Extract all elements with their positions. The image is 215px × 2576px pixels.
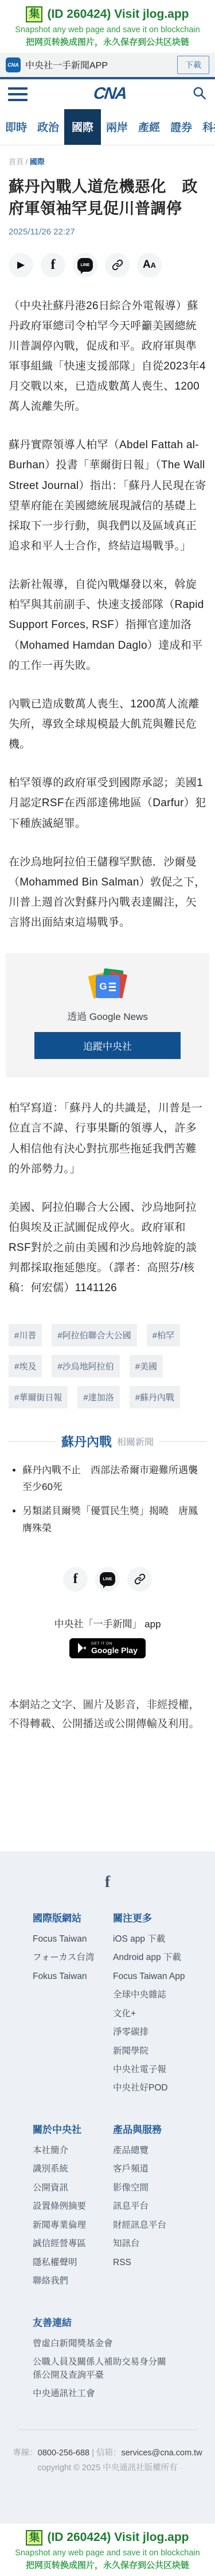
share-toolbar: ▶ f LINE AA bbox=[9, 253, 206, 278]
footer-link[interactable]: 公職人員及關係人補助交易身分關係公開及查詢平臺 bbox=[33, 2356, 173, 2382]
article-paragraph: 法新社報導，自從內戰爆發以來，斡旋柏罕與其前副手、快速支援部隊（Rapid Su… bbox=[9, 575, 206, 676]
article-date: 2025/11/26 22:27 bbox=[9, 227, 206, 237]
footer-section-products: 產品與服務 產品總覽 客戶頻道 影像空間 訊息平台 財經訊息平台 知訊台 RSS bbox=[113, 2121, 209, 2275]
footer-link[interactable]: 設置條例摘要 bbox=[33, 2200, 113, 2213]
article-paragraph: 柏罕寫道：「蘇丹人的共識是，川普是一位直言不諱、行事果斷的領導人，許多人相信他有… bbox=[9, 1098, 206, 1179]
footer-link[interactable]: 本社簡介 bbox=[33, 2144, 113, 2157]
jlog-banner-bottom: 集 (ID 260424) Visit jlog.app Snapshot an… bbox=[0, 2524, 215, 2576]
footer-facebook-icon[interactable]: f bbox=[105, 1873, 110, 1891]
footer-section-friendly-links: 友善連結 曾虛白新聞獎基金會 公職人員及關係人補助交易身分關係公開及查詢平臺 中… bbox=[33, 2315, 173, 2406]
footer-link[interactable]: 新聞學院 bbox=[113, 2045, 209, 2058]
article-paragraph: 蘇丹實際領導人柏罕（Abdel Fattah al-Burhan）投書「華爾街日… bbox=[9, 435, 206, 556]
app-strip-label: 中央社一手新聞APP bbox=[25, 58, 173, 71]
footer-link[interactable]: 全球中央雜誌 bbox=[113, 1989, 209, 2001]
facebook-share-button[interactable]: f bbox=[41, 253, 65, 278]
link-icon bbox=[112, 259, 123, 271]
tag-wsj[interactable]: #華爾街日報 bbox=[9, 1386, 68, 1408]
footer-link[interactable]: 中央通訊社工會 bbox=[33, 2388, 173, 2400]
breadcrumb: 首頁 / 國際 bbox=[0, 145, 215, 167]
facebook-icon: f bbox=[51, 257, 56, 273]
article-paragraph: 在沙烏地阿拉伯王儲穆罕默德．沙爾曼（Mohammed Bin Salman）敦促… bbox=[9, 852, 206, 933]
nav-tab-crossstrait[interactable]: 兩岸 bbox=[101, 109, 133, 145]
font-size-button[interactable]: AA bbox=[137, 253, 162, 278]
footer-section-international: 國際版網站 Focus Taiwan フォーカス台湾 Fokus Taiwan bbox=[33, 1910, 113, 1989]
footer-link[interactable]: 淨零碳排 bbox=[113, 2026, 209, 2039]
copy-link-button[interactable] bbox=[127, 1567, 152, 1592]
link-icon bbox=[134, 1573, 146, 1585]
facebook-icon: f bbox=[73, 1572, 78, 1587]
footer-link[interactable]: 識別系統 bbox=[33, 2163, 113, 2175]
breadcrumb-separator: / bbox=[26, 157, 28, 166]
footer-link[interactable]: 影像空間 bbox=[113, 2182, 209, 2194]
footer-link[interactable]: 客戶頻道 bbox=[113, 2163, 209, 2175]
jlog-subtitle-en: Snapshot any web page and save it on blo… bbox=[0, 2548, 215, 2558]
play-audio-button[interactable]: ▶ bbox=[9, 253, 33, 278]
nav-tab-realtime[interactable]: 即時 bbox=[0, 109, 32, 145]
play-icon: ▶ bbox=[17, 259, 25, 271]
footer-link[interactable]: 訊息平台 bbox=[113, 2200, 209, 2213]
font-size-icon: AA bbox=[143, 259, 156, 271]
breadcrumb-current[interactable]: 國際 bbox=[30, 157, 45, 166]
divider bbox=[159, 1441, 206, 1442]
google-news-box: G 透過 Google News 追蹤中央社 bbox=[6, 953, 209, 1077]
nav-tab-securities[interactable]: 證券 bbox=[165, 109, 197, 145]
jlog-subtitle-en: Snapshot any web page and save it on blo… bbox=[0, 25, 215, 34]
footer-heading: 產品與服務 bbox=[113, 2121, 209, 2136]
tag-sudan-war[interactable]: #蘇丹內戰 bbox=[130, 1386, 180, 1408]
contact-email-link[interactable]: services@cna.com.tw bbox=[121, 2448, 202, 2458]
related-topic-title: 蘇丹內戰 bbox=[61, 1433, 112, 1450]
footer-link[interactable]: 知訊台 bbox=[113, 2238, 209, 2250]
jlog-logo-icon: 集 bbox=[26, 6, 42, 22]
footer-copyright: copyright © 2025 中央通訊社版權所有 bbox=[0, 2461, 215, 2524]
footer-section-follow-more: 關注更多 iOS app 下載 Android app 下載 Focus Tai… bbox=[113, 1910, 209, 2101]
bottom-share-toolbar: f LINE bbox=[9, 1567, 206, 1592]
footer-link[interactable]: 曾虛白新聞獎基金會 bbox=[33, 2338, 173, 2350]
footer-link[interactable]: 公開資訊 bbox=[33, 2182, 113, 2194]
footer-link[interactable]: 文化+ bbox=[113, 2008, 209, 2020]
copy-link-button[interactable] bbox=[105, 253, 130, 278]
related-news-item[interactable]: 蘇丹內戰不止 西部法希爾市避難所遇襲至少60死 bbox=[22, 1462, 206, 1496]
divider bbox=[17, 2429, 198, 2430]
copyright-notice: 本網站之文字、圖片及影音，非經授權，不得轉載、公開播送或公開傳輸及利用。 bbox=[9, 1695, 206, 1734]
app-promo-title: 中央社「一手新聞」 app bbox=[0, 1616, 215, 1630]
line-share-button[interactable]: LINE bbox=[73, 253, 97, 278]
article-paragraph: 內戰已造成數萬人喪生、1200萬人流離失所，導致全球規模最大飢荒與難民危機。 bbox=[9, 694, 206, 754]
divider bbox=[9, 1441, 56, 1442]
footer-link[interactable]: Focus Taiwan bbox=[33, 1933, 113, 1946]
footer-link[interactable]: 中央社好POD bbox=[113, 2082, 209, 2094]
footer-link[interactable]: 隱私權聲明 bbox=[33, 2257, 113, 2269]
article-paragraph: 柏罕領導的政府軍受到國際承認；美國1月認定RSF在西部達佛地區（Darfur）犯… bbox=[9, 773, 206, 833]
footer-contact: 專線：0800-256-688 | 信箱：services@cna.com.tw bbox=[0, 2446, 215, 2458]
google-news-icon: G bbox=[89, 969, 126, 1002]
article-paragraph: 美國、阿拉伯聯合大公國、沙烏地阿拉伯與埃及正試圖促成停火。政府軍和RSF對於之前… bbox=[9, 1197, 206, 1299]
spacer bbox=[0, 1734, 215, 1851]
footer-link[interactable]: フォーカス台湾 bbox=[33, 1951, 113, 1964]
google-play-icon bbox=[77, 1643, 87, 1653]
related-subtitle: 相關新聞 bbox=[117, 1435, 154, 1448]
footer-link[interactable]: 新聞專業倫理 bbox=[33, 2219, 113, 2232]
google-play-badge[interactable]: GET IT ON Google Play bbox=[69, 1638, 146, 1659]
tag-burhan[interactable]: #柏罕 bbox=[147, 1324, 180, 1346]
app-promo: 中央社「一手新聞」 app GET IT ON Google Play bbox=[0, 1616, 215, 1659]
footer-heading: 友善連結 bbox=[33, 2315, 173, 2329]
nav-tab-international[interactable]: 國際 bbox=[64, 109, 101, 145]
related-news-item[interactable]: 另類諾貝爾獎「優質民生獎」揭曉 唐鳳膺殊榮 bbox=[22, 1503, 206, 1537]
article-body: （中央社蘇丹港26日綜合外電報導）蘇丹政府軍總司令柏罕今天呼籲美國總統川普調停內… bbox=[0, 296, 215, 1299]
footer-link[interactable]: iOS app 下載 bbox=[113, 1933, 209, 1946]
app-download-strip: CNA 中央社一手新聞APP 下載 bbox=[0, 53, 215, 77]
tag-uae[interactable]: #阿拉伯聯合大公國 bbox=[52, 1324, 136, 1346]
footer-section-about: 關於中央社 本社簡介 識別系統 公開資訊 設置條例摘要 新聞專業倫理 誠信經營專… bbox=[33, 2121, 113, 2294]
jlog-banner-top: 集 (ID 260424) Visit jlog.app Snapshot an… bbox=[0, 0, 215, 53]
tag-usa[interactable]: #美國 bbox=[130, 1355, 163, 1377]
page-title: 蘇丹內戰人道危機惡化 政府軍領袖罕見促川普調停 bbox=[9, 176, 206, 220]
footer-link[interactable]: 誠信經營專區 bbox=[33, 2238, 113, 2250]
footer-heading: 國際版網站 bbox=[33, 1910, 113, 1924]
footer-link[interactable]: 中央社電子報 bbox=[113, 2063, 209, 2076]
line-share-button[interactable]: LINE bbox=[95, 1567, 120, 1592]
hotline-number: 0800-256-688 bbox=[38, 2448, 89, 2458]
footer-link[interactable]: Focus Taiwan App bbox=[113, 1970, 209, 1983]
jlog-banner-link[interactable]: (ID 260424) Visit jlog.app bbox=[47, 7, 189, 21]
tag-trump[interactable]: #川普 bbox=[9, 1324, 42, 1346]
nav-tab-economy[interactable]: 產經 bbox=[133, 109, 165, 145]
footer-heading: 關於中央社 bbox=[33, 2121, 113, 2136]
app-download-button[interactable]: 下載 bbox=[177, 56, 209, 74]
nav-tab-politics[interactable]: 政治 bbox=[32, 109, 64, 145]
line-icon: LINE bbox=[77, 258, 93, 272]
related-news: 蘇丹內戰 相關新聞 蘇丹內戰不止 西部法希爾市避難所遇襲至少60死 另類諾貝爾獎… bbox=[9, 1433, 206, 1537]
nav-tab-tech[interactable]: 科技 bbox=[197, 109, 215, 145]
tag-saudi[interactable]: #沙烏地阿拉伯 bbox=[52, 1355, 119, 1377]
jlog-subtitle-zh: 把网页转换成图片，永久保存到公共区块链 bbox=[0, 36, 215, 48]
breadcrumb-home[interactable]: 首頁 bbox=[9, 157, 24, 166]
follow-cna-button[interactable]: 追蹤中央社 bbox=[34, 1032, 181, 1059]
footer-link[interactable]: Fokus Taiwan bbox=[33, 1970, 113, 1983]
category-nav: 即時 政治 國際 兩岸 產經 證券 科技 bbox=[0, 109, 215, 145]
line-icon: LINE bbox=[100, 1572, 115, 1586]
tag-list: #川普 #阿拉伯聯合大公國 #柏罕 #埃及 #沙烏地阿拉伯 #美國 #華爾街日報… bbox=[9, 1324, 206, 1408]
footer-link[interactable]: 產品總覽 bbox=[113, 2144, 209, 2157]
site-header: CNA bbox=[0, 77, 215, 109]
footer-heading: 關注更多 bbox=[113, 1910, 209, 1924]
menu-icon[interactable] bbox=[8, 87, 28, 101]
tag-egypt[interactable]: #埃及 bbox=[9, 1355, 42, 1377]
footer-link[interactable]: 聯絡我們 bbox=[33, 2275, 113, 2288]
jlog-banner-link[interactable]: (ID 260424) Visit jlog.app bbox=[47, 2531, 189, 2544]
footer-link[interactable]: Android app 下載 bbox=[113, 1951, 209, 1964]
google-news-caption: 透過 Google News bbox=[6, 1008, 209, 1023]
search-icon[interactable] bbox=[192, 86, 207, 102]
facebook-share-button[interactable]: f bbox=[63, 1567, 88, 1592]
jlog-subtitle-zh: 把网页转换成图片，永久保存到公共区块链 bbox=[0, 2559, 215, 2571]
tag-daglo[interactable]: #達加洛 bbox=[77, 1386, 119, 1408]
footer-link[interactable]: RSS bbox=[113, 2257, 209, 2269]
site-footer: f 國際版網站 Focus Taiwan フォーカス台湾 Fokus Taiwa… bbox=[0, 1851, 215, 2524]
cna-logo[interactable]: CNA bbox=[92, 84, 127, 103]
article-paragraph: （中央社蘇丹港26日綜合外電報導）蘇丹政府軍總司令柏罕今天呼籲美國總統川普調停內… bbox=[9, 296, 206, 417]
footer-link[interactable]: 財經訊息平台 bbox=[113, 2219, 209, 2232]
jlog-logo-icon: 集 bbox=[26, 2530, 42, 2546]
cna-app-logo-icon: CNA bbox=[6, 57, 21, 72]
